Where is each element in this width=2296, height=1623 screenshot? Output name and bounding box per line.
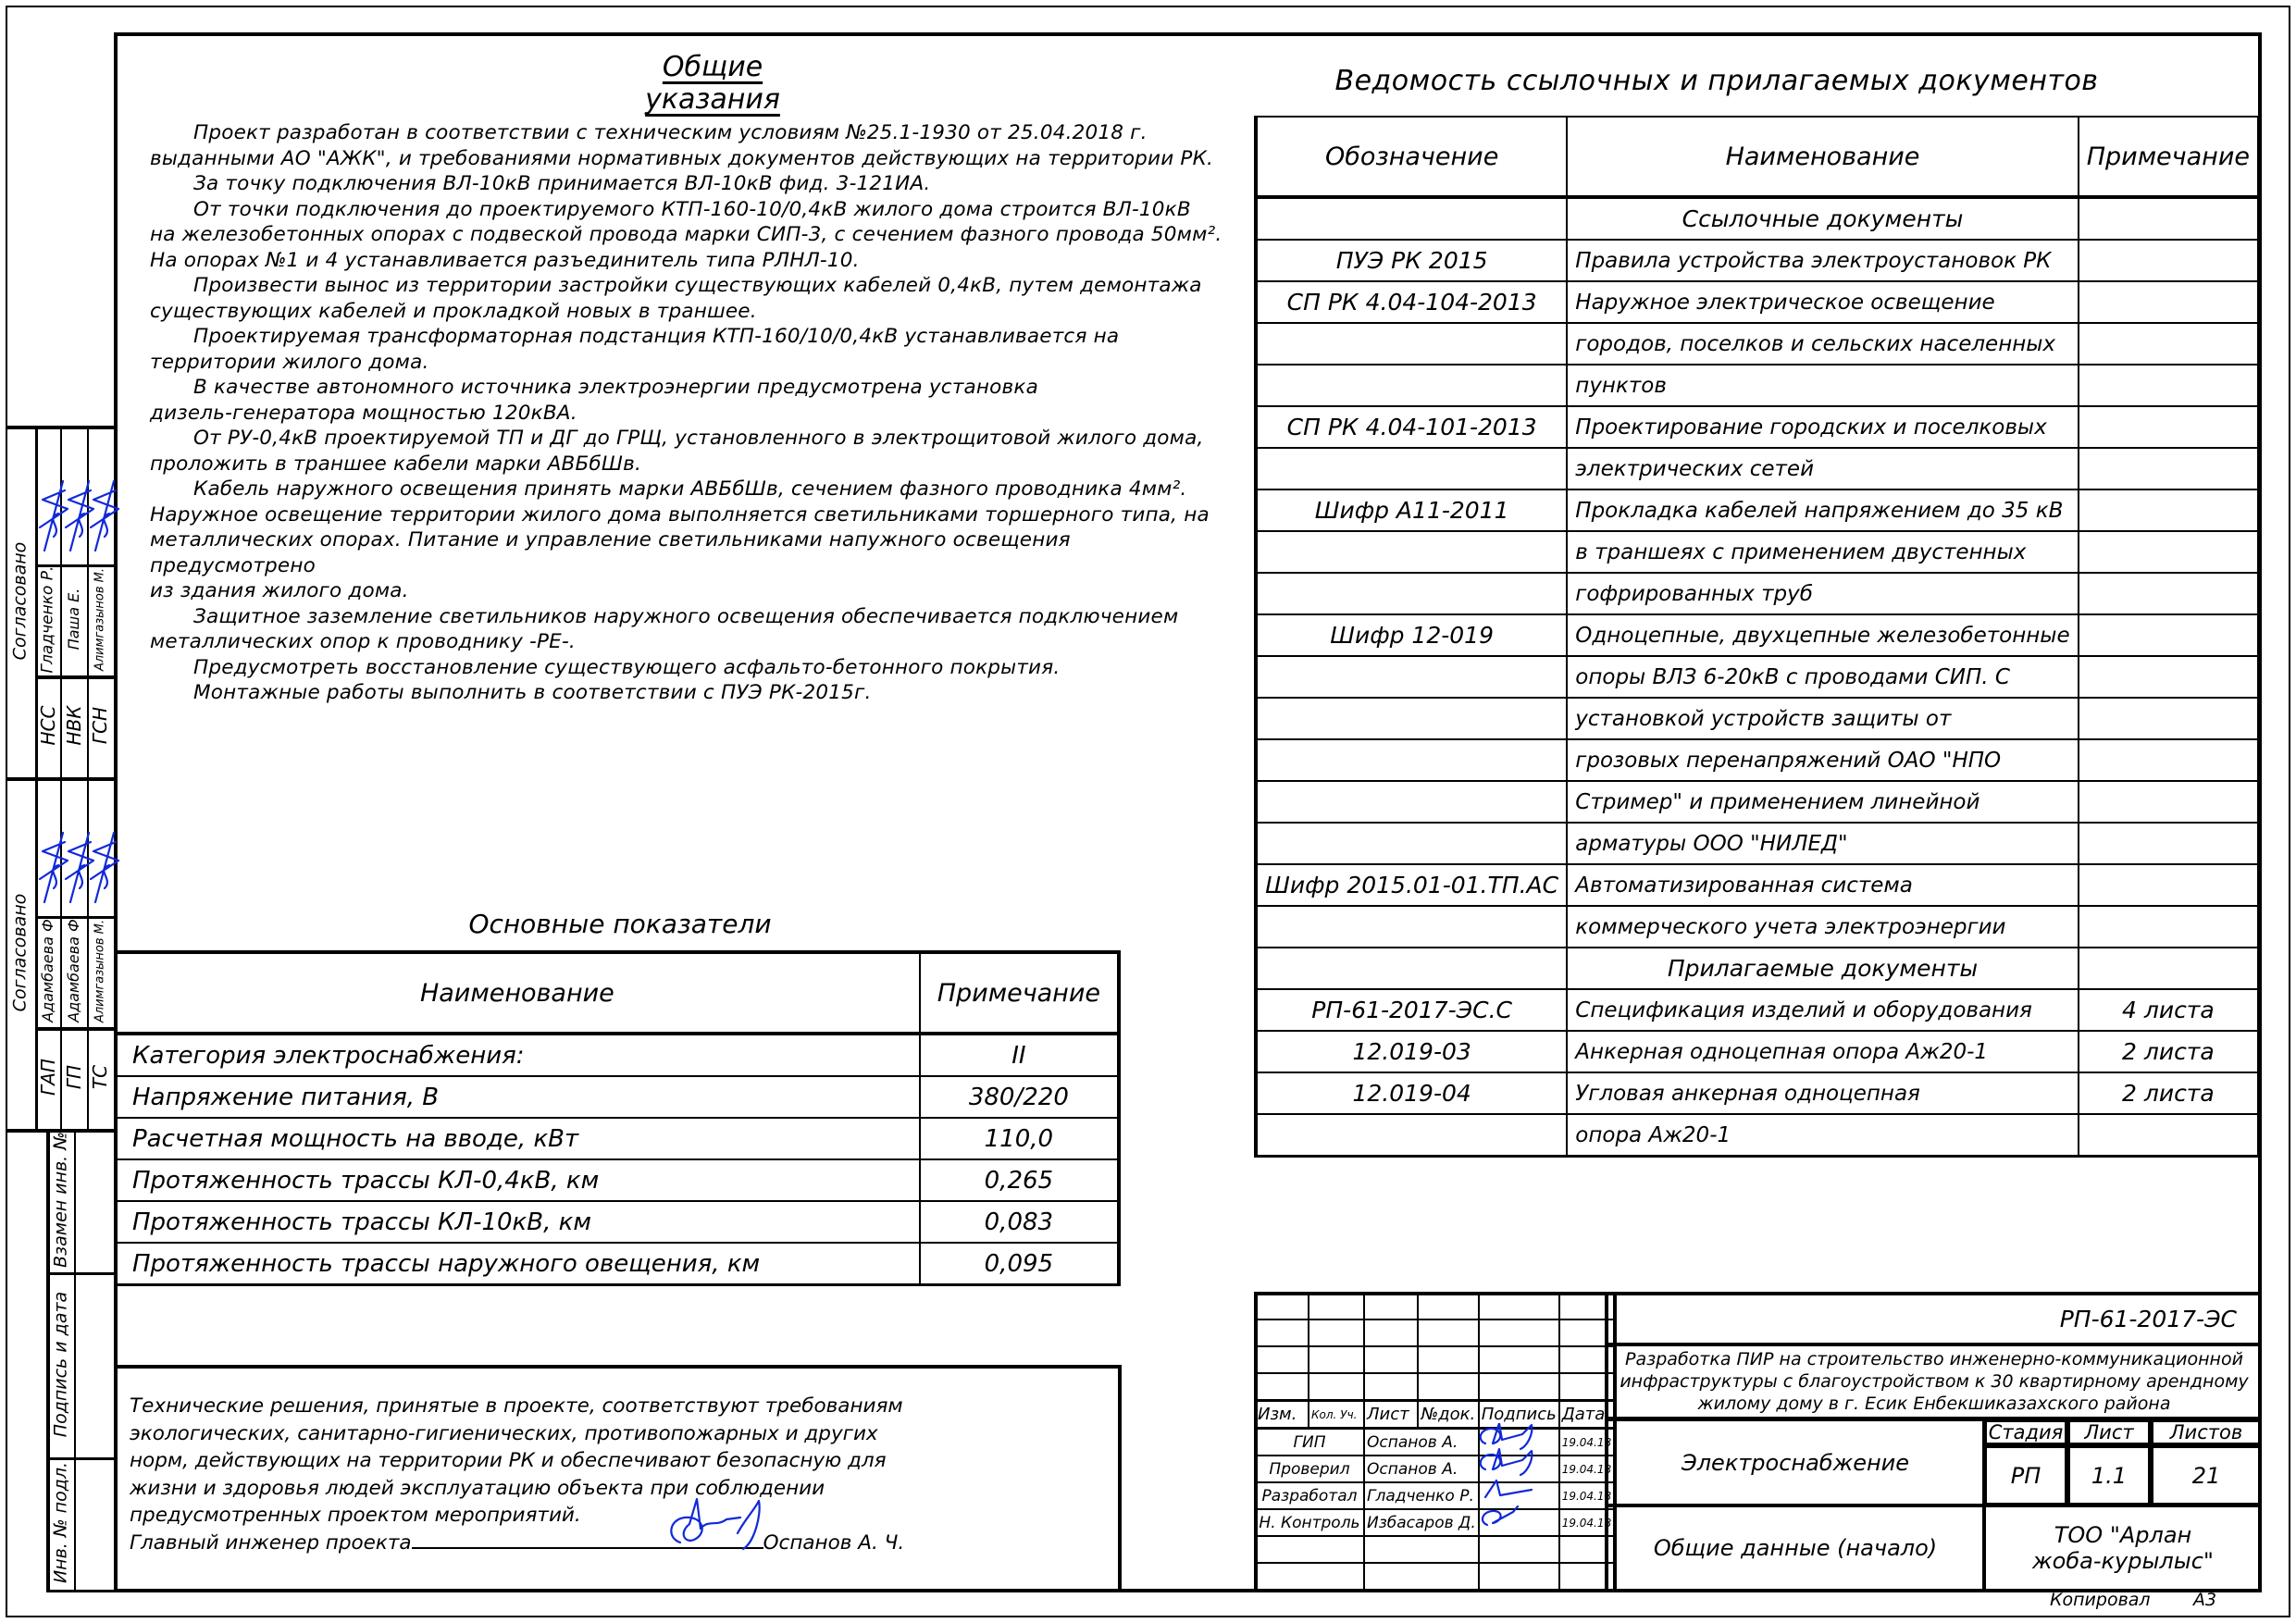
revision-row xyxy=(1255,1373,1615,1401)
cell-name: коммерческого учета электроэнергии xyxy=(1567,906,2078,948)
notes-line: В качестве автономного источника электро… xyxy=(150,375,1242,401)
table-row: Напряжение питания, В380/220 xyxy=(115,1076,1119,1118)
approval-name: Гладченко Р. xyxy=(38,564,59,674)
main-indicators-header-row: Наименование Примечание xyxy=(115,952,1119,1034)
general-notes-text: Проект разработан в соответствии с техни… xyxy=(150,120,1242,706)
revision-cell xyxy=(1255,1346,1309,1373)
cell-designation xyxy=(1256,739,1567,781)
approval-position: НВК xyxy=(62,679,86,772)
cell-name: Прокладка кабелей напряжением до 35 кВ xyxy=(1567,489,2078,531)
total-sheets-text: 21 xyxy=(2192,1463,2221,1489)
general-notes-title: Общие указания xyxy=(592,51,833,116)
signature-name: Избасаров Д. xyxy=(1364,1509,1479,1536)
table-row: Шифр 12-019Одноцепные, двухцепные железо… xyxy=(1256,614,2259,656)
indicator-name: Протяженность трассы КЛ-10кВ, км xyxy=(115,1201,920,1243)
revision-cell xyxy=(1479,1373,1559,1401)
reference-docs-header-row: Обозначение Наименование Примечание xyxy=(1256,117,2259,197)
indicator-value: II xyxy=(920,1034,1119,1076)
table-row: опора Аж20-1 xyxy=(1256,1114,2259,1157)
cell-designation: Шифр 2015.01-01.ТП.АС xyxy=(1256,864,1567,906)
field-replaced-inv: Взамен инв. № xyxy=(50,1130,73,1269)
cell-note xyxy=(2079,531,2259,573)
sheet-title: Общие данные (начало) xyxy=(1605,1505,1984,1592)
cell-name: установкой устройств защиты от xyxy=(1567,698,2078,739)
approval-position: ГАП xyxy=(36,1031,60,1123)
notes-line: проложить в траншее кабели марки АВБбШв. xyxy=(150,452,1242,477)
signature-role xyxy=(1255,1536,1364,1563)
notes-line: выданными АО "АЖК", и требованиями норма… xyxy=(150,146,1242,172)
notes-line: из здания жилого дома. xyxy=(150,578,1242,604)
cell-name: Наружное электрическое освещение xyxy=(1567,281,2078,323)
revision-header-cell: Изм. xyxy=(1255,1401,1309,1429)
indicator-name: Категория электроснабжения: xyxy=(115,1034,920,1076)
table-row: Протяженность трассы КЛ-0,4кВ, км0,265 xyxy=(115,1159,1119,1201)
cell-name: Ссылочные документы xyxy=(1567,197,2078,240)
notes-line: Наружное освещение территории жилого дом… xyxy=(150,502,1242,528)
approval-name: Алимгазынов М. xyxy=(92,916,109,1025)
sheet-label: Лист xyxy=(2067,1419,2151,1445)
cell-name: Автоматизированная система xyxy=(1567,864,2078,906)
section-header-row: Ссылочные документы xyxy=(1256,197,2259,240)
approval-position: ТС xyxy=(88,1031,112,1123)
signature-name xyxy=(1364,1563,1479,1590)
revision-row xyxy=(1255,1319,1615,1346)
revision-row xyxy=(1255,1293,1615,1319)
indicator-value: 110,0 xyxy=(920,1118,1119,1159)
field-signature-date: Подпись и дата xyxy=(50,1276,73,1452)
approval-position: ГСН xyxy=(88,679,112,772)
sheets-label-text: Листов xyxy=(2170,1421,2242,1443)
table-row: Расчетная мощность на вводе, кВт110,0 xyxy=(115,1118,1119,1159)
cell-designation: 12.019-04 xyxy=(1256,1072,1567,1114)
cell-note xyxy=(2079,823,2259,864)
column-header-name: Наименование xyxy=(1567,117,2078,197)
table-row: СП РК 4.04-104-2013Наружное электрическо… xyxy=(1256,281,2259,323)
sheet-format: А3 xyxy=(2193,1590,2216,1610)
cell-designation xyxy=(1256,531,1567,573)
signature-role xyxy=(1255,1563,1364,1590)
cell-note xyxy=(2079,948,2259,989)
revision-cell xyxy=(1255,1373,1309,1401)
cell-note xyxy=(2079,698,2259,739)
notes-line: На опорах №1 и 4 устанавливается разъеди… xyxy=(150,248,1242,274)
statement-line: экологических, санитарно-гигиенических, … xyxy=(130,1420,1111,1448)
revision-cell xyxy=(1479,1293,1559,1319)
column-header-designation: Обозначение xyxy=(1256,117,1567,197)
strip-divider xyxy=(46,1590,114,1592)
cell-note xyxy=(2079,614,2259,656)
cell-note: 4 листа xyxy=(2079,989,2259,1031)
signature-icon xyxy=(86,472,123,555)
approval-position: ГП xyxy=(62,1031,86,1123)
cell-note xyxy=(2079,906,2259,948)
cell-note xyxy=(2079,1114,2259,1157)
field-original-inv: Инв. № подл. xyxy=(50,1457,73,1587)
approval-label: Согласовано xyxy=(9,813,32,1091)
cell-name: Одноцепные, двухцепные железобетонные xyxy=(1567,614,2078,656)
cell-designation xyxy=(1256,781,1567,823)
revision-cell xyxy=(1309,1373,1364,1401)
approval-name: Адамбаева Ф xyxy=(64,916,84,1025)
indicator-name: Протяженность трассы наружного овещения,… xyxy=(115,1243,920,1285)
cell-note xyxy=(2079,864,2259,906)
revision-header-cell: Лист xyxy=(1364,1401,1418,1429)
revision-cell xyxy=(1479,1319,1559,1346)
notes-line: металлических опорах. Питание и управлен… xyxy=(150,527,1242,578)
approval-name: Алимгазынов М. xyxy=(92,564,109,674)
table-row: СП РК 4.04-101-2013Проектирование городс… xyxy=(1256,406,2259,448)
table-row: арматуры ООО "НИЛЕД" xyxy=(1256,823,2259,864)
sheet-number-text: 1.1 xyxy=(2091,1463,2127,1489)
cell-name: в траншеях с применением двустенных xyxy=(1567,531,2078,573)
signature-role: Н. Контроль xyxy=(1255,1509,1364,1536)
cell-name: грозовых перенапряжений ОАО "НПО xyxy=(1567,739,2078,781)
table-row: Стример" и применением линейной xyxy=(1256,781,2259,823)
revision-cell xyxy=(1255,1319,1309,1346)
sheets-label: Листов xyxy=(2151,1419,2262,1445)
project-title-text: Разработка ПИР на строительство инженерн… xyxy=(1614,1348,2254,1415)
revision-header-cell: Кол. Уч. xyxy=(1309,1401,1364,1429)
stage-label-text: Стадия xyxy=(1989,1421,2064,1443)
project-title: Разработка ПИР на строительство инженерн… xyxy=(1605,1344,2262,1419)
signer-role: Главный инженер проекта xyxy=(130,1531,412,1555)
notes-line: Предусмотреть восстановление существующе… xyxy=(150,655,1242,681)
statement-line: предусмотренных проектом мероприятий. xyxy=(130,1502,1111,1530)
signature-icon xyxy=(1476,1423,1550,1534)
section-name-text: Электроснабжение xyxy=(1682,1450,1909,1476)
signature-cell xyxy=(1479,1536,1559,1563)
cell-name: пунктов xyxy=(1567,365,2078,406)
signature-cell xyxy=(1479,1563,1559,1590)
notes-line: Проект разработан в соответствии с техни… xyxy=(150,120,1242,146)
cell-note xyxy=(2079,489,2259,531)
revision-header-cell: №док. xyxy=(1418,1401,1478,1429)
cell-name: городов, поселков и сельских населенных xyxy=(1567,323,2078,365)
signer-line: Главный инженер проектаОспанов А. Ч. xyxy=(130,1530,1111,1557)
signature-row: РазработалГладченко Р.19.04.18 xyxy=(1255,1482,1615,1509)
revision-cell xyxy=(1309,1319,1364,1346)
notes-line: территории жилого дома. xyxy=(150,350,1242,376)
cell-name: Анкерная одноцепная опора Аж20-1 xyxy=(1567,1031,2078,1072)
table-row: коммерческого учета электроэнергии xyxy=(1256,906,2259,948)
cell-designation xyxy=(1256,698,1567,739)
signature-row: ПроверилОспанов А.19.04.18 xyxy=(1255,1456,1615,1482)
notes-line: дизель-генератора мощностью 120кВА. xyxy=(150,401,1242,427)
table-row: Протяженность трассы наружного овещения,… xyxy=(115,1243,1119,1285)
cell-name: Проектирование городских и поселковых xyxy=(1567,406,2078,448)
table-row: 12.019-03Анкерная одноцепная опора Аж20-… xyxy=(1256,1031,2259,1072)
indicator-name: Протяженность трассы КЛ-0,4кВ, км xyxy=(115,1159,920,1201)
table-row: Шифр А11-2011Прокладка кабелей напряжени… xyxy=(1256,489,2259,531)
approval-name: Паша Е. xyxy=(64,564,84,674)
cell-note xyxy=(2079,240,2259,281)
signature-row xyxy=(1255,1563,1615,1590)
indicator-value: 0,095 xyxy=(920,1243,1119,1285)
cell-name: Прилагаемые документы xyxy=(1567,948,2078,989)
cell-note xyxy=(2079,448,2259,489)
table-row: ПУЭ РК 2015Правила устройства электроуст… xyxy=(1256,240,2259,281)
cell-note xyxy=(2079,573,2259,614)
indicator-name: Расчетная мощность на вводе, кВт xyxy=(115,1118,920,1159)
notes-line: на железобетонных опорах с подвеской про… xyxy=(150,222,1242,248)
cell-note xyxy=(2079,323,2259,365)
revision-cell xyxy=(1364,1293,1418,1319)
cell-designation xyxy=(1256,365,1567,406)
cell-designation xyxy=(1256,823,1567,864)
revision-cell xyxy=(1418,1319,1478,1346)
organization-line: ТОО "Арлан xyxy=(2054,1522,2192,1548)
revision-cell xyxy=(1364,1346,1418,1373)
compliance-statement: Технические решения, принятые в проекте,… xyxy=(130,1393,1111,1556)
organization-line: жоба-курылыс" xyxy=(2032,1548,2214,1574)
cell-note: 2 листа xyxy=(2079,1031,2259,1072)
notes-line: Монтажные работы выполнить в соответстви… xyxy=(150,680,1242,706)
notes-line: Проектируемая трансформаторная подстанци… xyxy=(150,324,1242,350)
cell-designation: ПУЭ РК 2015 xyxy=(1256,240,1567,281)
revision-header-row: Изм.Кол. Уч.Лист№док.ПодписьДата xyxy=(1255,1401,1615,1429)
cell-name: опора Аж20-1 xyxy=(1567,1114,2078,1157)
table-row: в траншеях с применением двустенных xyxy=(1256,531,2259,573)
revision-cell xyxy=(1479,1346,1559,1373)
notes-line: Произвести вынос из территории застройки… xyxy=(150,273,1242,299)
copied-label: Копировал xyxy=(2050,1590,2151,1610)
reference-docs-table: Обозначение Наименование Примечание Ссыл… xyxy=(1254,116,2261,1158)
section-name: Электроснабжение xyxy=(1605,1419,1984,1505)
revision-cell xyxy=(1418,1373,1478,1401)
cell-designation xyxy=(1256,323,1567,365)
cell-note xyxy=(2079,739,2259,781)
main-indicators-table: Наименование Примечание Категория электр… xyxy=(114,950,1121,1286)
cell-designation: 12.019-03 xyxy=(1256,1031,1567,1072)
notes-line: От точки подключения до проектируемого К… xyxy=(150,197,1242,223)
cell-name: Стример" и применением линейной xyxy=(1567,781,2078,823)
cell-designation: СП РК 4.04-101-2013 xyxy=(1256,406,1567,448)
table-row: городов, поселков и сельских населенных xyxy=(1256,323,2259,365)
cell-note xyxy=(2079,781,2259,823)
notes-line: металлических опор к проводнику -РЕ-. xyxy=(150,629,1242,655)
cell-designation: РП-61-2017-ЭС.С xyxy=(1256,989,1567,1031)
sheet-label-text: Лист xyxy=(2084,1421,2133,1443)
cell-name: арматуры ООО "НИЛЕД" xyxy=(1567,823,2078,864)
signature-role: ГИП xyxy=(1255,1429,1364,1456)
indicator-name: Напряжение питания, В xyxy=(115,1076,920,1118)
table-row: установкой устройств защиты от xyxy=(1256,698,2259,739)
document-code-text: РП-61-2017-ЭС xyxy=(2060,1306,2237,1332)
statement-line: норм, действующих на территории РК и обе… xyxy=(130,1447,1111,1475)
signature-name: Оспанов А. xyxy=(1364,1429,1479,1456)
signature-row xyxy=(1255,1536,1615,1563)
cell-note: 2 листа xyxy=(2079,1072,2259,1114)
table-row: опоры ВЛЗ 6-20кВ с проводами СИП. С xyxy=(1256,656,2259,698)
stage-label: Стадия xyxy=(1984,1419,2067,1445)
section-header-row: Прилагаемые документы xyxy=(1256,948,2259,989)
approval-label: Согласовано xyxy=(9,462,32,739)
cell-note xyxy=(2079,365,2259,406)
signature-icon xyxy=(86,824,123,907)
signature-icon xyxy=(652,1492,791,1556)
table-row: Шифр 2015.01-01.ТП.АСАвтоматизированная … xyxy=(1256,864,2259,906)
document-code: РП-61-2017-ЭС xyxy=(1605,1292,2262,1344)
revision-cell xyxy=(1364,1373,1418,1401)
indicator-value: 0,083 xyxy=(920,1201,1119,1243)
column-header-note: Примечание xyxy=(920,952,1119,1034)
column-header-name: Наименование xyxy=(115,952,920,1034)
indicator-value: 380/220 xyxy=(920,1076,1119,1118)
strip-divider xyxy=(74,1129,76,1592)
cell-designation xyxy=(1256,1114,1567,1157)
revision-cell xyxy=(1418,1346,1478,1373)
cell-name: Правила устройства электроустановок РК xyxy=(1567,240,2078,281)
signature-name: Гладченко Р. xyxy=(1364,1482,1479,1509)
signature-role: Разработал xyxy=(1255,1482,1364,1509)
cell-designation xyxy=(1256,948,1567,989)
sheet-number: 1.1 xyxy=(2067,1445,2151,1505)
cell-name: Угловая анкерная одноцепная xyxy=(1567,1072,2078,1114)
main-indicators-title: Основные показатели xyxy=(389,909,851,939)
notes-line: Защитное заземление светильников наружно… xyxy=(150,604,1242,630)
cell-note xyxy=(2079,197,2259,240)
sheet-title-text: Общие данные (начало) xyxy=(1654,1535,1937,1561)
table-row: грозовых перенапряжений ОАО "НПО xyxy=(1256,739,2259,781)
cell-note xyxy=(2079,281,2259,323)
signature-name: Оспанов А. xyxy=(1364,1456,1479,1482)
organization: ТОО "Арлан жоба-курылыс" xyxy=(1984,1505,2262,1592)
cell-designation xyxy=(1256,573,1567,614)
table-row: РП-61-2017-ЭС.ССпецификация изделий и об… xyxy=(1256,989,2259,1031)
statement-line: жизни и здоровья людей эксплуатацию объе… xyxy=(130,1475,1111,1503)
revision-cell xyxy=(1418,1293,1478,1319)
table-row: электрических сетей xyxy=(1256,448,2259,489)
strip-divider xyxy=(46,1272,114,1275)
notes-line: Кабель наружного освещения принять марки… xyxy=(150,477,1242,502)
reference-docs-title: Ведомость ссылочных и прилагаемых докуме… xyxy=(1254,65,2179,97)
signature-row: ГИПОспанов А.19.04.18 xyxy=(1255,1429,1615,1456)
table-row: Протяженность трассы КЛ-10кВ, км0,083 xyxy=(115,1201,1119,1243)
cell-designation: СП РК 4.04-104-2013 xyxy=(1256,281,1567,323)
table-row: 12.019-04Угловая анкерная одноцепная2 ли… xyxy=(1256,1072,2259,1114)
revision-cell xyxy=(1364,1319,1418,1346)
table-row: гофрированных труб xyxy=(1256,573,2259,614)
stage-value: РП xyxy=(1984,1445,2067,1505)
cell-note xyxy=(2079,656,2259,698)
cell-name: опоры ВЛЗ 6-20кВ с проводами СИП. С xyxy=(1567,656,2078,698)
signature-role: Проверил xyxy=(1255,1456,1364,1482)
table-row: пунктов xyxy=(1256,365,2259,406)
cell-name: электрических сетей xyxy=(1567,448,2078,489)
signature-name xyxy=(1364,1536,1479,1563)
total-sheets: 21 xyxy=(2151,1445,2262,1505)
column-header-note: Примечание xyxy=(2079,117,2259,197)
notes-line: существующих кабелей и прокладкой новых … xyxy=(150,299,1242,325)
cell-designation: Шифр 12-019 xyxy=(1256,614,1567,656)
cell-designation xyxy=(1256,906,1567,948)
cell-designation xyxy=(1256,197,1567,240)
revision-cell xyxy=(1309,1346,1364,1373)
indicator-value: 0,265 xyxy=(920,1159,1119,1201)
cell-note xyxy=(2079,406,2259,448)
cell-name: гофрированных труб xyxy=(1567,573,2078,614)
revision-cell xyxy=(1255,1293,1309,1319)
cell-designation xyxy=(1256,656,1567,698)
revision-table: Изм.Кол. Уч.Лист№док.ПодписьДатаГИПОспан… xyxy=(1254,1292,1617,1591)
approval-name: Адамбаева Ф xyxy=(38,916,58,1025)
table-row: Категория электроснабжения:II xyxy=(115,1034,1119,1076)
notes-line: От РУ-0,4кВ проектируемой ТП и ДГ до ГРЩ… xyxy=(150,426,1242,452)
revision-row xyxy=(1255,1346,1615,1373)
notes-line: За точку подключения ВЛ-10кВ принимается… xyxy=(150,171,1242,197)
revision-cell xyxy=(1309,1293,1364,1319)
cell-name: Спецификация изделий и оборудования xyxy=(1567,989,2078,1031)
stage-value-text: РП xyxy=(2011,1463,2042,1489)
signature-line xyxy=(412,1530,763,1549)
statement-line: Технические решения, принятые в проекте,… xyxy=(130,1393,1111,1420)
signature-row: Н. КонтрольИзбасаров Д.19.04.18 xyxy=(1255,1509,1615,1536)
cell-designation: Шифр А11-2011 xyxy=(1256,489,1567,531)
approval-position: НСС xyxy=(36,679,60,772)
cell-designation xyxy=(1256,448,1567,489)
